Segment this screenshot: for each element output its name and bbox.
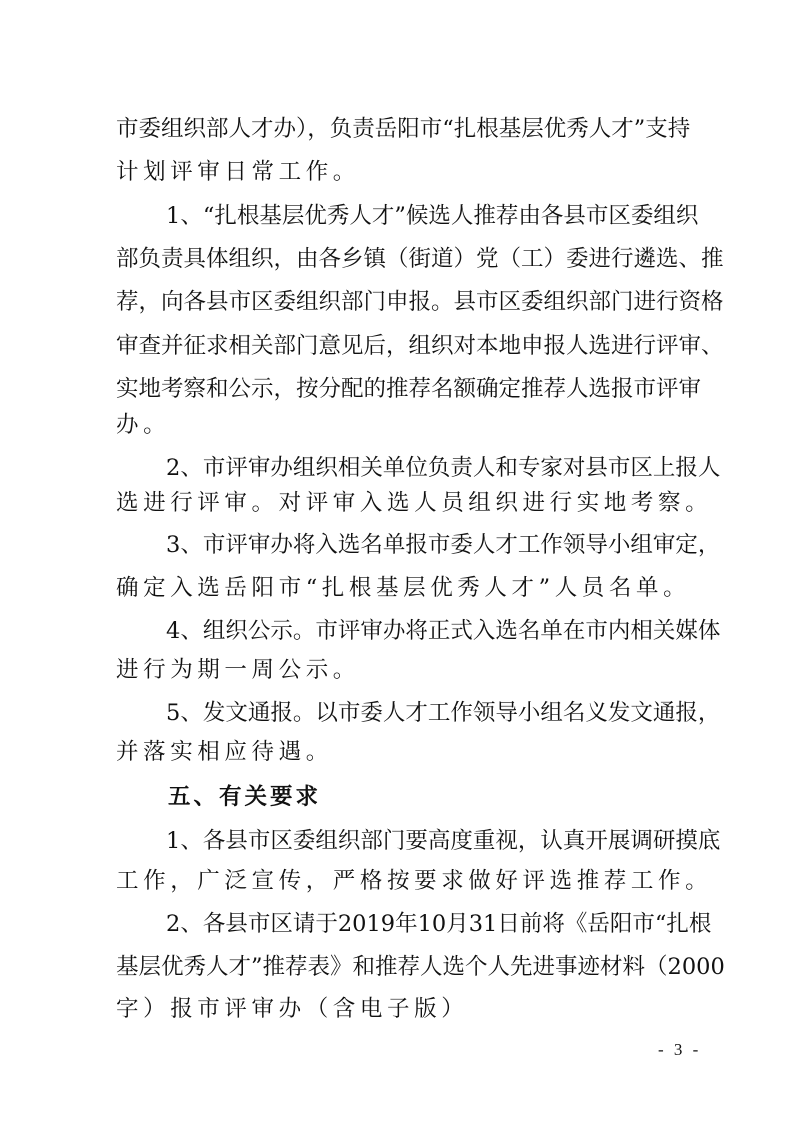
section-heading: 五、有关要求 (168, 782, 321, 812)
paragraph-line: 字）报市评审办（含电子版） (116, 994, 468, 1024)
paragraph-line: 确定入选岳阳市“扎根基层优秀人才”人员名单。 (116, 573, 690, 603)
paragraph-line: 2、各县市区请于2019年10月31日前将《岳阳市“扎根 (166, 909, 688, 939)
paragraph-line: 3、市评审办将入选名单报市委人才工作领导小组审定， (166, 530, 688, 560)
paragraph-line: 计划评审日常工作。 (116, 157, 360, 187)
paragraph-line: 4、组织公示。市评审办将正式入选名单在市内相关媒体 (166, 616, 688, 646)
paragraph-line: 荐，向各县市区委组织部门申报。县市区委组织部门进行资格 (116, 287, 688, 317)
page-number: - 3 - (658, 1040, 701, 1060)
paragraph-line: 部负责具体组织，由各乡镇（街道）党（工）委进行遴选、推 (116, 244, 688, 274)
paragraph-line: 工作，广泛宣传，严格按要求做好评选推荐工作。 (116, 866, 712, 896)
paragraph-line: 并落实相应待遇。 (116, 737, 333, 767)
paragraph-line: 办。 (116, 410, 170, 440)
paragraph-line: 实地考察和公示，按分配的推荐名额确定推荐人选报市评审 (116, 374, 688, 404)
paragraph-line: 市委组织部人才办），负责岳阳市“扎根基层优秀人才”支持 (116, 114, 688, 144)
paragraph-line: 5、发文通报。以市委人才工作领导小组名义发文通报， (166, 698, 688, 728)
paragraph-line: 选进行评审。对评审入选人员组织进行实地考察。 (116, 488, 712, 518)
paragraph-line: 基层优秀人才”推荐表》和推荐人选个人先进事迹材料（2000 (116, 952, 688, 982)
paragraph-line: 1、“扎根基层优秀人才”候选人推荐由各县市区委组织 (166, 201, 688, 231)
paragraph-line: 1、各县市区委组织部门要高度重视，认真开展调研摸底 (166, 826, 688, 856)
paragraph-line: 审查并征求相关部门意见后，组织对本地申报人选进行评审、 (116, 331, 688, 361)
paragraph-line: 2、市评审办组织相关单位负责人和专家对县市区上报人 (166, 453, 688, 483)
paragraph-line: 进行为期一周公示。 (116, 655, 360, 685)
